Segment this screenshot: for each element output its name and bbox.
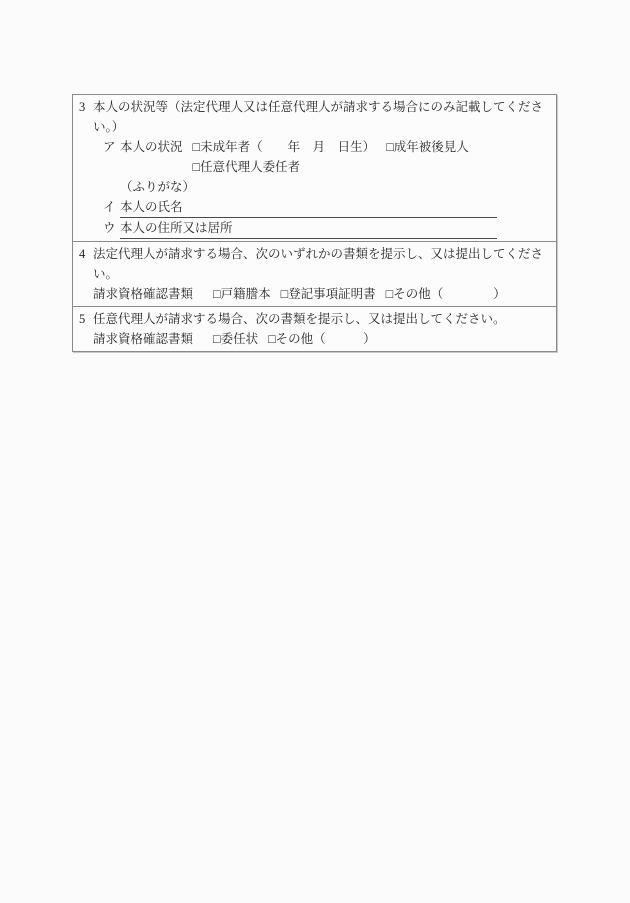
section3-title-row: 3 本人の状況等（法定代理人又は任意代理人が請求する場合にのみ記載してください。… (73, 97, 552, 137)
principal-address-field: 本人の住所又は居所 (120, 218, 497, 239)
furigana-label: （ふりがな） (120, 177, 195, 197)
section4-number: 4 (79, 244, 93, 264)
item-a-label: ア (103, 137, 120, 157)
section-principal-status: 3 本人の状況等（法定代理人又は任意代理人が請求する場合にのみ記載してください。… (73, 95, 556, 241)
principal-name-field: 本人の氏名 (120, 197, 497, 218)
section-legal-representative: 4 法定代理人が請求する場合、次のいずれかの書類を提示し、又は提出してください。… (73, 241, 556, 306)
section5-documents-row: 請求資格確認書類 □委任状 □その他（ ） (93, 329, 552, 349)
checkbox-adult-ward-option: □成年被後見人 (386, 137, 469, 157)
principal-status-row: ア 本人の状況 □未成年者（ 年 月 日生） □成年被後見人 □任意代理人委任者 (73, 137, 552, 177)
section3-title: 本人の状況等（法定代理人又は任意代理人が請求する場合にのみ記載してください。） (93, 97, 552, 137)
furigana-row: （ふりがな） (73, 177, 552, 197)
section4-documents-row: 請求資格確認書類 □戸籍謄本 □登記事項証明書 □その他（ ） (93, 284, 552, 304)
principal-name-label: 本人の氏名 (120, 200, 183, 214)
section4-title: 法定代理人が請求する場合、次のいずれかの書類を提示し、又は提出してください。 (93, 244, 552, 284)
principal-address-row: ウ 本人の住所又は居所 (73, 218, 552, 239)
status-options-line-1: □未成年者（ 年 月 日生） □成年被後見人 (193, 137, 469, 157)
document-page: { "page": { "background_color": "#fbfbfb… (0, 0, 630, 903)
principal-name-row: イ 本人の氏名 (73, 197, 552, 218)
section5-title-row: 5 任意代理人が請求する場合、次の書類を提示し、又は提出してください。 (73, 309, 552, 329)
request-form-table: 3 本人の状況等（法定代理人又は任意代理人が請求する場合にのみ記載してください。… (72, 94, 557, 352)
section3-number: 3 (79, 97, 93, 117)
checkbox-voluntary-agent-principal-option: □任意代理人委任者 (193, 157, 301, 177)
item-i-label: イ (103, 197, 120, 217)
item-u-label: ウ (103, 218, 120, 238)
section5-docs-label: 請求資格確認書類 (93, 329, 193, 349)
checkbox-family-register-option: □戸籍謄本 (213, 284, 271, 304)
checkbox-section4-other-option: □その他（ ） (386, 284, 506, 304)
status-options-line-2: □任意代理人委任者 (193, 157, 469, 177)
section4-docs-label: 請求資格確認書類 (93, 284, 193, 304)
principal-status-options: □未成年者（ 年 月 日生） □成年被後見人 □任意代理人委任者 (193, 137, 469, 177)
principal-status-label: 本人の状況 (120, 137, 183, 157)
section5-number: 5 (79, 309, 93, 329)
checkbox-registry-certificate-option: □登記事項証明書 (281, 284, 376, 304)
checkbox-power-of-attorney-option: □委任状 (213, 329, 258, 349)
checkbox-minor-option: □未成年者（ 年 月 日生） (193, 137, 376, 157)
section-voluntary-representative: 5 任意代理人が請求する場合、次の書類を提示し、又は提出してください。 請求資格… (73, 306, 556, 351)
checkbox-section5-other-option: □その他（ ） (268, 329, 376, 349)
section4-title-row: 4 法定代理人が請求する場合、次のいずれかの書類を提示し、又は提出してください。 (73, 244, 552, 284)
section5-title: 任意代理人が請求する場合、次の書類を提示し、又は提出してください。 (93, 309, 552, 329)
principal-address-label: 本人の住所又は居所 (120, 221, 233, 235)
